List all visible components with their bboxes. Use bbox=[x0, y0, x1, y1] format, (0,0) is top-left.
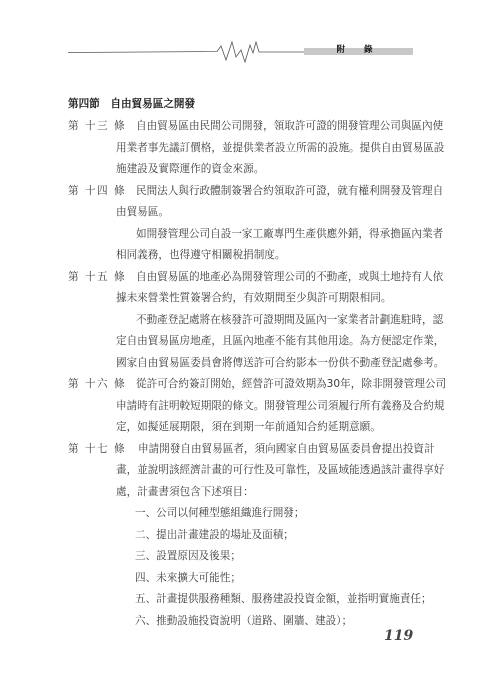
article-text: 從許可合約簽訂開始，經營許可證效期為30年，除非開發管理公司 bbox=[136, 377, 446, 391]
article-text: 自由貿易區的地產必為開發管理公司的不動產，或與土地持有人依 bbox=[136, 270, 443, 284]
section-title: 第四節 自由貿易區之開發 bbox=[68, 97, 195, 111]
list-item: 六、推動設施投資說明（道路、圍牆、建設）； bbox=[135, 614, 352, 628]
page-number: 119 bbox=[384, 628, 413, 644]
list-item: 二、提出計畫建設的場址及面積； bbox=[135, 528, 294, 542]
article-text: 處，計畫書須包含下述項目： bbox=[116, 485, 254, 499]
header-rule-zigzag-icon bbox=[0, 0, 480, 80]
appendix-tab-label: 附 錄 bbox=[304, 44, 413, 56]
list-item: 三、設置原因及後果； bbox=[135, 549, 241, 563]
article-label: 第 十六 條 bbox=[68, 377, 138, 391]
list-item: 五、計畫提供服務種類、服務建設投資金額，並指明實施責任； bbox=[135, 592, 432, 606]
list-item: 一、公司以何種型態組織進行開發； bbox=[135, 506, 305, 520]
page-header: 附 錄 bbox=[0, 0, 480, 80]
article-text: 施建設及實際運作的資金來源。 bbox=[116, 162, 264, 176]
article-text: 國家自由貿易區委員會將傳送許可合約影本一份供不動產登記處參考。 bbox=[116, 356, 444, 370]
list-item: 四、未來擴大可能性； bbox=[135, 571, 241, 585]
article-text: 由貿易區。 bbox=[116, 205, 169, 219]
article-text: 據未來營業性質簽署合約，有效期間至少與許可期限相同。 bbox=[116, 291, 391, 305]
article-text: 自由貿易區由民間公司開發，領取許可證的開發管理公司與區內使 bbox=[136, 119, 443, 133]
article-text: 定，如擬延展期限，須在到期一年前通知合約延期意願。 bbox=[116, 420, 381, 434]
article-text: 用業者事先議訂價格，並提供業者設立所需的設施。提供自由貿易區設 bbox=[116, 141, 444, 155]
article-label: 第 十七 條 bbox=[68, 442, 138, 456]
article-text: 不動產登記處將在核發許可證期間及區內一家業者計劃進駐時，認 bbox=[136, 313, 443, 327]
article-text: 相同義務，也得遵守相關稅捐制度。 bbox=[116, 248, 286, 262]
article-label: 第 十四 條 bbox=[68, 184, 138, 198]
article-text: 民間法人與行政體制簽署合約領取許可證，就有權利開發及管理自 bbox=[136, 184, 443, 198]
article-text: 畫，並說明該經濟計畫的可行性及可靠性，及區域能透過該計畫得享好 bbox=[116, 463, 444, 477]
article-label: 第 十三 條 bbox=[68, 119, 138, 133]
article-label: 第 十五 條 bbox=[68, 270, 138, 284]
article-text: 如開發管理公司自設一家工廠專門生產供應外銷，得承擔區內業者 bbox=[136, 227, 443, 241]
article-text: 申請時有註明較短期限的條文。開發管理公司須履行所有義務及合約規 bbox=[116, 399, 444, 413]
article-text: 申請開發自由貿易區者，須向國家自由貿易區委員會提出投資計 bbox=[138, 442, 435, 456]
article-text: 定自由貿易區房地產，且區內地產不能有其他用途。為方便認定作業， bbox=[116, 334, 444, 348]
